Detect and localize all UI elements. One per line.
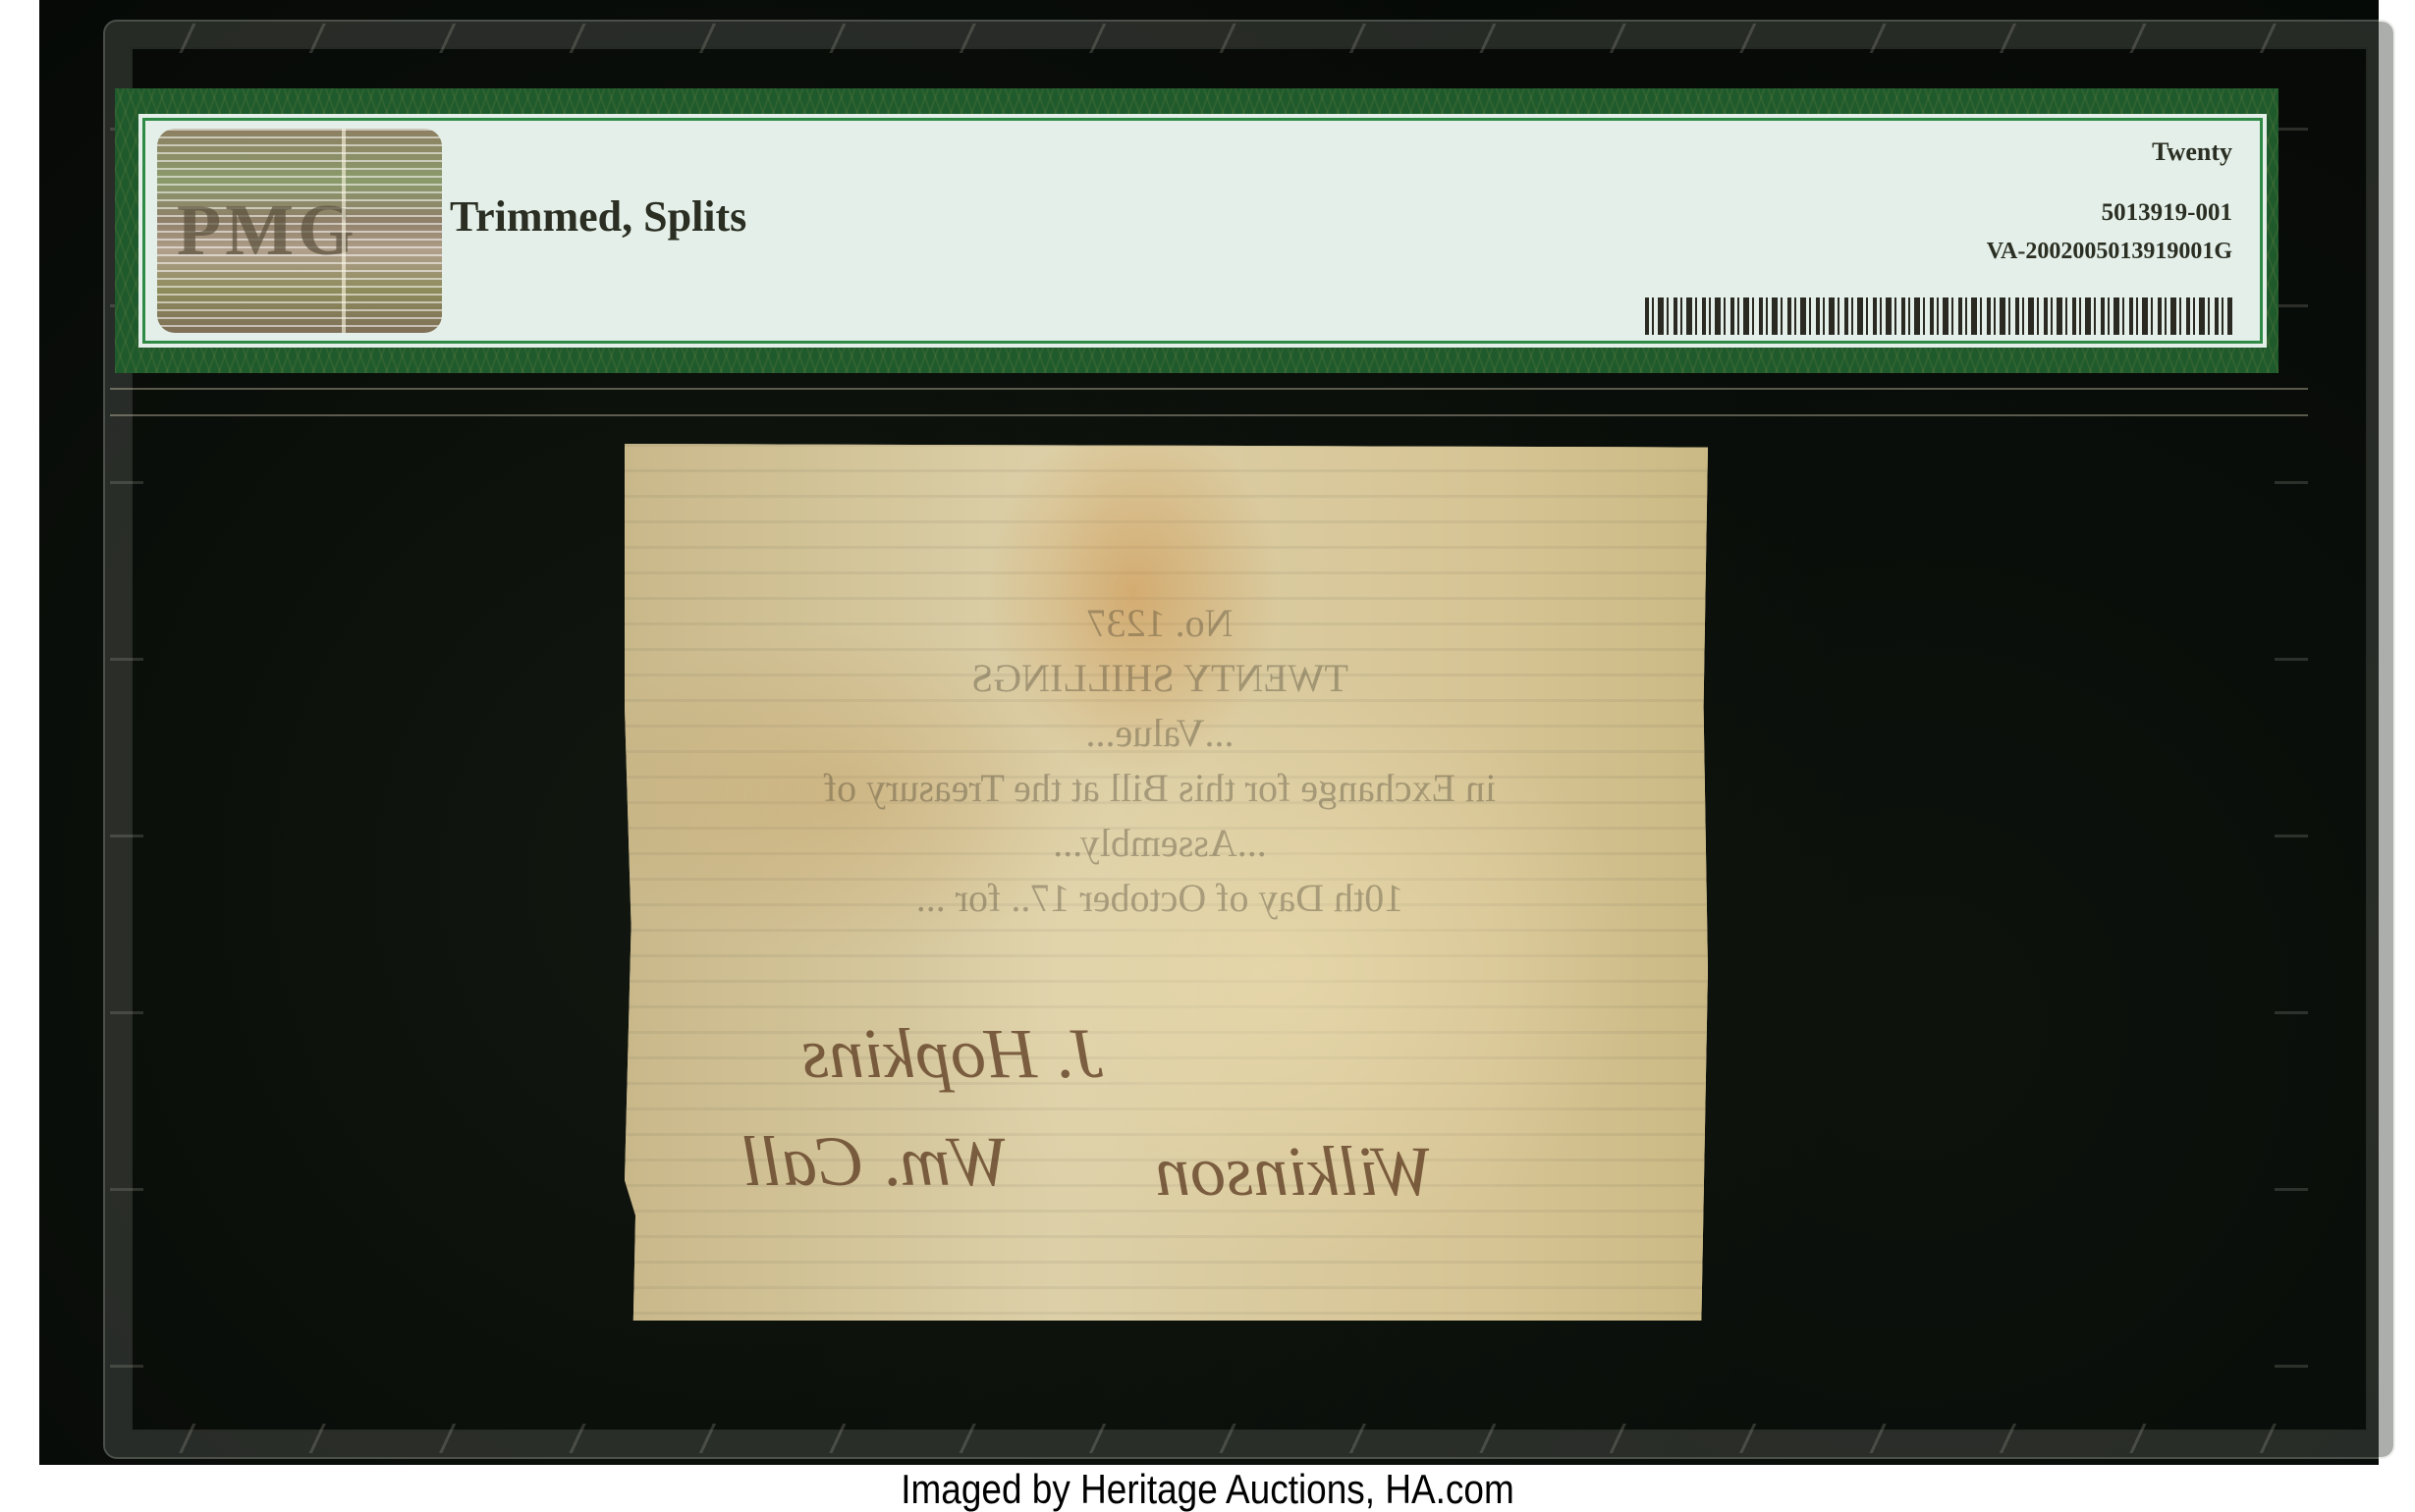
hologram-icon: PMG (157, 129, 442, 333)
note-photo: PMG Trimmed, Splits Twenty 5013919-001 V… (39, 0, 2379, 1465)
note-line: in Exchange for this Bill at the Treasur… (698, 761, 1621, 816)
note-line: ...Assembly... (698, 816, 1621, 871)
slab-ridge-bottom (128, 1424, 2290, 1453)
note-line: ...Value... (698, 706, 1621, 761)
slab-ridge-right (2275, 39, 2308, 1426)
note-line: 10th Day of October 17.. for ... (698, 871, 1621, 926)
label-panel: PMG Trimmed, Splits Twenty 5013919-001 V… (142, 118, 2263, 344)
denomination: Twenty (1987, 138, 2232, 166)
image-credit-caption: Imaged by Heritage Auctions, HA.com (145, 1467, 2271, 1512)
cert-number: 5013919-001 (1987, 199, 2232, 227)
grade-comments: Trimmed, Splits (450, 191, 746, 242)
hologram-divider (342, 129, 346, 333)
banknote-reverse: No. 1237 TWENTY SHILLINGS ...Value... in… (625, 444, 1708, 1321)
signature: Wm. Call (742, 1121, 1010, 1203)
catalog-code: VA-2002005013919001G (1987, 239, 2232, 264)
slab-ridge-top (128, 24, 2290, 53)
sleeve-edge-line (110, 388, 2308, 390)
hologram-logo: PMG (177, 189, 334, 273)
note-line: No. 1237 (698, 596, 1621, 651)
signature: J. Hopkins (801, 1013, 1104, 1095)
note-line: TWENTY SHILLINGS (698, 651, 1621, 706)
show-through-text: No. 1237 TWENTY SHILLINGS ...Value... in… (698, 596, 1621, 926)
barcode-icon (1645, 297, 2232, 335)
label-info: Twenty 5013919-001 VA-2002005013919001G (1987, 138, 2232, 264)
sleeve-edge-line (110, 414, 2308, 416)
signature: Wilkinson (1155, 1131, 1434, 1213)
grading-label: PMG Trimmed, Splits Twenty 5013919-001 V… (115, 88, 2278, 373)
